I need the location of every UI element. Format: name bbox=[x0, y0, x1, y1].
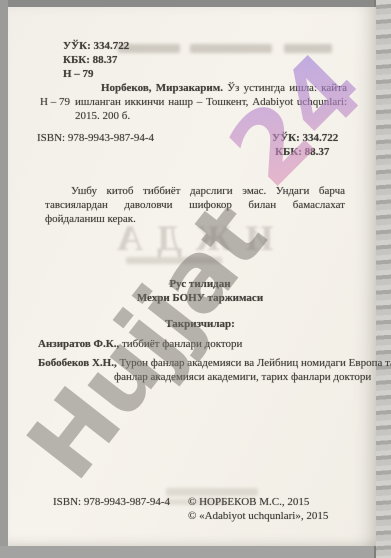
page-edge-wrinkles bbox=[374, 0, 391, 558]
bbk-code-top: КБК: 88.37 bbox=[63, 53, 117, 67]
udk-code-top: УЎК: 334.722 bbox=[63, 39, 129, 53]
entry-author: Норбеков, Мирзакарим. bbox=[101, 82, 223, 94]
scan-border-left bbox=[0, 0, 8, 558]
copyright-publisher: © «Adabiyot uchqunlari», 2015 bbox=[188, 509, 328, 523]
author-sign-top: Н – 79 bbox=[63, 67, 94, 81]
scan-border-top bbox=[0, 0, 391, 7]
entry-author-sign: Н – 79 bbox=[40, 95, 70, 109]
scan-border-bottom bbox=[0, 546, 391, 558]
isbn-bottom: ISBN: 978-9943-987-94-4 bbox=[53, 495, 170, 509]
copyright-author: © НОРБЕКОВ М.С., 2015 bbox=[188, 495, 309, 509]
scanned-book-page: ИЖДА УЎК: 334.722 КБК: 88.37 Н – 79 Н – … bbox=[0, 0, 391, 558]
bleed-smudge bbox=[190, 44, 272, 53]
isbn-top: ISBN: 978-9943-987-94-4 bbox=[37, 131, 154, 145]
